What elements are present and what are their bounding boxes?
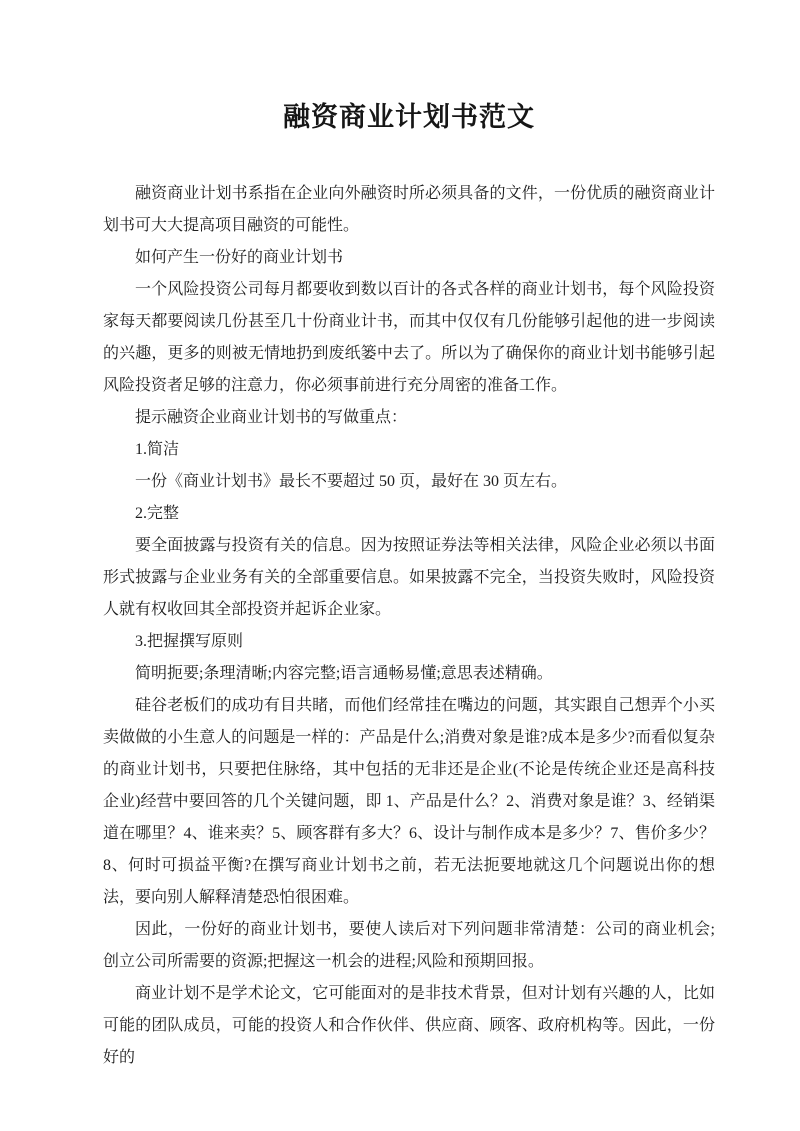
document-title: 融资商业计划书范文 bbox=[103, 100, 715, 134]
paragraph-point-3-title: 3.把握撰写原则 bbox=[103, 626, 715, 658]
paragraph-tips-heading: 提示融资企业商业计划书的写做重点： bbox=[103, 402, 715, 434]
paragraph-vc-reading: 一个风险投资公司每月都要收到数以百计的各式各样的商业计划书，每个风险投资家每天都… bbox=[103, 274, 715, 402]
paragraph-silicon-valley: 硅谷老板们的成功有目共睹，而他们经常挂在嘴边的问题，其实跟自己想弄个小买卖做做的… bbox=[103, 690, 715, 914]
paragraph-point-2-title: 2.完整 bbox=[103, 498, 715, 530]
paragraph-point-3-body: 简明扼要;条理清晰;内容完整;语言通畅易懂;意思表述精确。 bbox=[103, 658, 715, 690]
paragraph-point-2-body: 要全面披露与投资有关的信息。因为按照证券法等相关法律，风险企业必须以书面形式披露… bbox=[103, 530, 715, 626]
paragraph-not-academic: 商业计划不是学术论文，它可能面对的是非技术背景，但对计划有兴趣的人，比如可能的团… bbox=[103, 978, 715, 1074]
paragraph-subheading-how: 如何产生一份好的商业计划书 bbox=[103, 242, 715, 274]
paragraph-intro: 融资商业计划书系指在企业向外融资时所必须具备的文件，一份优质的融资商业计划书可大… bbox=[103, 178, 715, 242]
document-page: 融资商业计划书范文 融资商业计划书系指在企业向外融资时所必须具备的文件，一份优质… bbox=[0, 0, 800, 1131]
document-body: 融资商业计划书系指在企业向外融资时所必须具备的文件，一份优质的融资商业计划书可大… bbox=[103, 178, 715, 1074]
paragraph-clear-answers: 因此，一份好的商业计划书，要使人读后对下列问题非常清楚：公司的商业机会;创立公司… bbox=[103, 914, 715, 978]
paragraph-point-1-title: 1.简洁 bbox=[103, 434, 715, 466]
paragraph-point-1-body: 一份《商业计划书》最长不要超过 50 页，最好在 30 页左右。 bbox=[103, 466, 715, 498]
